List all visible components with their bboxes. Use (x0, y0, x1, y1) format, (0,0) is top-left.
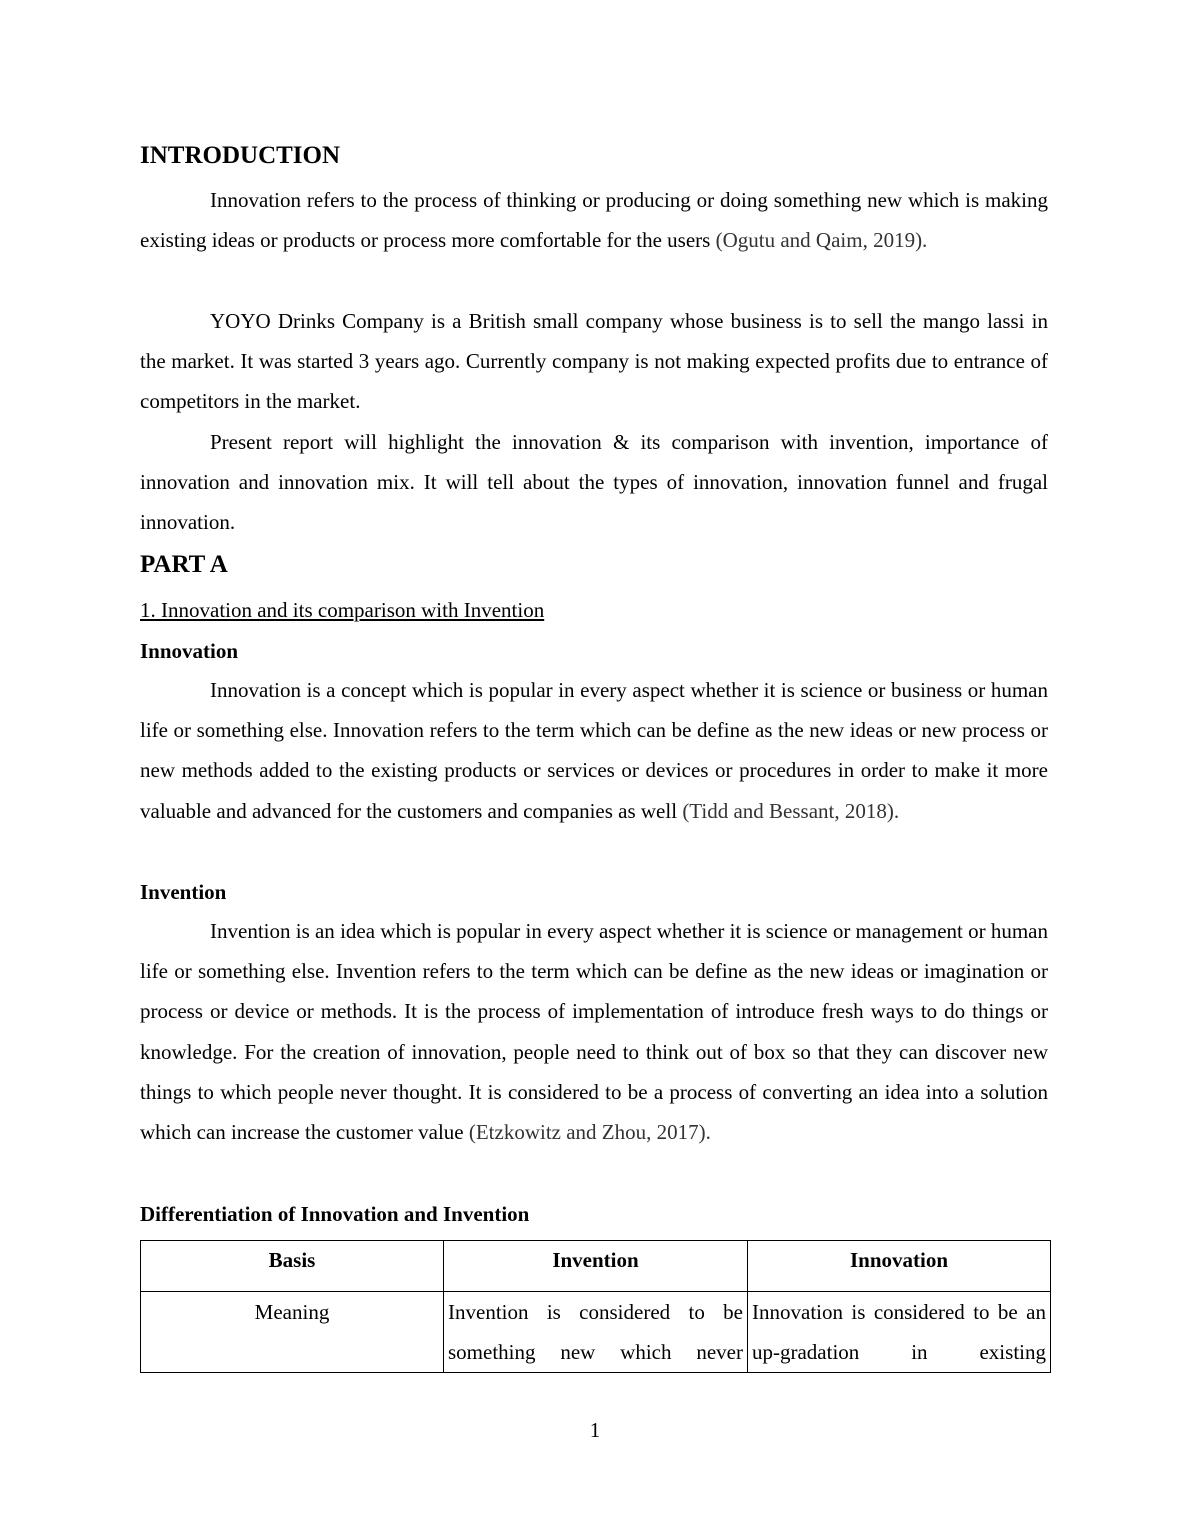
invention-paragraph: Invention is an idea which is popular in… (140, 911, 1048, 1152)
invention-heading: Invention (140, 879, 226, 905)
intro-paragraph-1: Innovation refers to the process of thin… (140, 180, 1048, 260)
section-1-title: 1. Innovation and its comparison with In… (140, 597, 544, 623)
header-basis: Basis (141, 1241, 444, 1292)
cell-basis: Meaning (141, 1292, 444, 1373)
header-innovation: Innovation (748, 1241, 1051, 1292)
table-row: Meaning Invention is considered to be so… (141, 1292, 1051, 1373)
part-a-heading: PART A (140, 550, 228, 580)
cell-invention: Invention is considered to be something … (444, 1292, 748, 1373)
comparison-table: Basis Invention Innovation Meaning Inven… (140, 1240, 1051, 1373)
header-invention: Invention (444, 1241, 748, 1292)
cell-innovation: Innovation is considered to be an up-gra… (748, 1292, 1051, 1373)
intro-paragraph-3: Present report will highlight the innova… (140, 422, 1048, 543)
innovation-heading: Innovation (140, 638, 238, 664)
introduction-heading: INTRODUCTION (140, 141, 340, 171)
innovation-paragraph: Innovation is a concept which is popular… (140, 670, 1048, 831)
differentiation-heading: Differentiation of Innovation and Invent… (140, 1201, 529, 1227)
table-header-row: Basis Invention Innovation (141, 1241, 1051, 1292)
intro-paragraph-2: YOYO Drinks Company is a British small c… (140, 301, 1048, 422)
page-number: 1 (0, 1418, 1190, 1443)
